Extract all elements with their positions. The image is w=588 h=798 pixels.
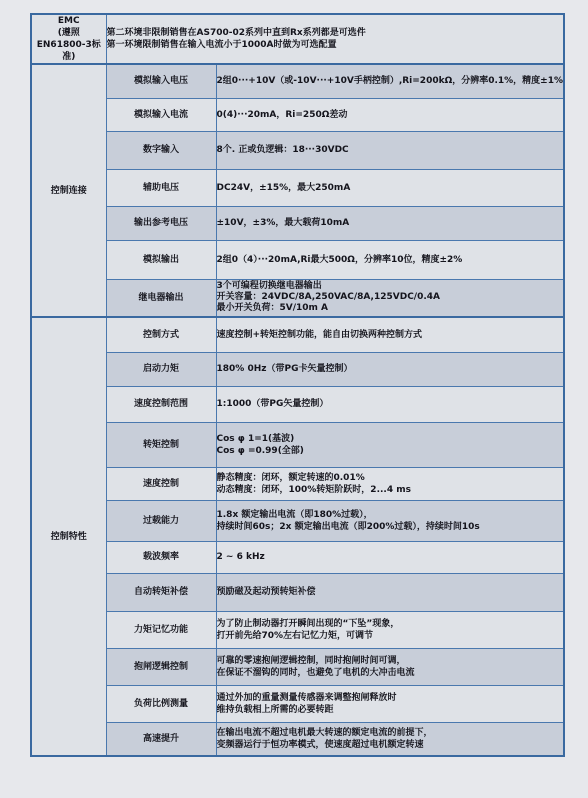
value-cell: 静态精度：闭环，额定转速的0.01% 动态精度：闭环，100%转矩阶跃时，2..… [216, 467, 564, 500]
param-cell: 力矩记忆功能 [106, 611, 216, 648]
value-cell: 1:1000（带PG矢量控制） [216, 386, 564, 422]
spec-row: 自动转矩补偿 预励磁及起动预转矩补偿 [31, 573, 564, 611]
value-cell: Cos φ 1=1(基波) Cos φ =0.99(全部) [216, 422, 564, 467]
param-cell: 高速提升 [106, 722, 216, 756]
category-cell-control-connection: 控制连接 [31, 64, 106, 317]
param-cell: 载波频率 [106, 541, 216, 573]
value-cell: 3个可编程切换继电器输出 开关容量：24VDC/8A,250VAC/8A,125… [216, 279, 564, 317]
value-cell: 通过外加的重量测量传感器来调整抱闸释放时 维持负载相上所需的必要转距 [216, 685, 564, 722]
param-cell: 模拟输出 [106, 240, 216, 279]
param-cell: 继电器输出 [106, 279, 216, 317]
spec-row: 启动力矩 180% 0Hz（带PG卡矢量控制） [31, 352, 564, 386]
spec-sheet-page: EMC (遵照 EN61800-3标准) 第二环境非限制销售在AS700-02系… [0, 0, 588, 798]
spec-row: 模拟输入电流 0(4)···20mA，Ri=250Ω差动 [31, 98, 564, 131]
spec-row: 抱闸逻辑控制 可靠的零速抱闸逻辑控制，同时抱闸时间可调， 在保证不溜钩的同时，也… [31, 648, 564, 685]
param-cell: 速度控制 [106, 467, 216, 500]
param-cell: 模拟输入电压 [106, 64, 216, 98]
spec-row: 数字输入 8个. 正或负逻辑：18···30VDC [31, 131, 564, 169]
value-cell: 为了防止制动器打开瞬间出现的“下坠”现象， 打开前先给70%左右记忆力矩，可调节 [216, 611, 564, 648]
spec-table: EMC (遵照 EN61800-3标准) 第二环境非限制销售在AS700-02系… [30, 13, 565, 757]
param-cell: 速度控制范围 [106, 386, 216, 422]
category-cell-control-characteristics: 控制特性 [31, 317, 106, 756]
spec-row: 控制特性 控制方式 速度控制+转矩控制功能，能自由切换两种控制方式 [31, 317, 564, 352]
spec-row: 高速提升 在输出电流不超过电机最大转速的额定电流的前提下， 变频器运行于恒功率模… [31, 722, 564, 756]
value-cell: 2组0···+10V（或-10V···+10V手柄控制）,Ri=200kΩ，分辨… [216, 64, 564, 98]
param-cell: 负荷比例测量 [106, 685, 216, 722]
spec-row: 力矩记忆功能 为了防止制动器打开瞬间出现的“下坠”现象， 打开前先给70%左右记… [31, 611, 564, 648]
value-cell: 8个. 正或负逻辑：18···30VDC [216, 131, 564, 169]
value-cell: 0(4)···20mA，Ri=250Ω差动 [216, 98, 564, 131]
param-cell: 过载能力 [106, 500, 216, 541]
spec-row: EMC (遵照 EN61800-3标准) 第二环境非限制销售在AS700-02系… [31, 14, 564, 64]
param-cell: 辅助电压 [106, 169, 216, 206]
spec-row: 负荷比例测量 通过外加的重量测量传感器来调整抱闸释放时 维持负载相上所需的必要转… [31, 685, 564, 722]
param-cell: 模拟输入电流 [106, 98, 216, 131]
param-cell: 启动力矩 [106, 352, 216, 386]
value-cell: DC24V，±15%，最大250mA [216, 169, 564, 206]
spec-row: 载波频率 2 ~ 6 kHz [31, 541, 564, 573]
value-cell: 2组0（4）···20mA,Ri最大500Ω，分辨率10位，精度±2% [216, 240, 564, 279]
spec-row: 速度控制 静态精度：闭环，额定转速的0.01% 动态精度：闭环，100%转矩阶跃… [31, 467, 564, 500]
value-cell: 2 ~ 6 kHz [216, 541, 564, 573]
param-cell: 抱闸逻辑控制 [106, 648, 216, 685]
spec-row: 速度控制范围 1:1000（带PG矢量控制） [31, 386, 564, 422]
param-cell: 自动转矩补偿 [106, 573, 216, 611]
category-cell-emc: EMC (遵照 EN61800-3标准) [31, 14, 106, 64]
value-cell: ±10V，±3%，最大载荷10mA [216, 206, 564, 240]
value-cell: 180% 0Hz（带PG卡矢量控制） [216, 352, 564, 386]
spec-row: 转矩控制 Cos φ 1=1(基波) Cos φ =0.99(全部) [31, 422, 564, 467]
param-cell: 数字输入 [106, 131, 216, 169]
spec-row: 模拟输出 2组0（4）···20mA,Ri最大500Ω，分辨率10位，精度±2% [31, 240, 564, 279]
spec-row: 辅助电压 DC24V，±15%，最大250mA [31, 169, 564, 206]
value-cell: 第二环境非限制销售在AS700-02系列中直到Rx系列都是可选件 第一环境限制销… [106, 14, 564, 64]
value-cell: 在输出电流不超过电机最大转速的额定电流的前提下， 变频器运行于恒功率模式，使速度… [216, 722, 564, 756]
param-cell: 转矩控制 [106, 422, 216, 467]
param-cell: 输出参考电压 [106, 206, 216, 240]
spec-row: 输出参考电压 ±10V，±3%，最大载荷10mA [31, 206, 564, 240]
value-cell: 预励磁及起动预转矩补偿 [216, 573, 564, 611]
value-cell: 1.8x 额定输出电流（即180%过载）， 持续时间60s；2x 额定输出电流（… [216, 500, 564, 541]
value-cell: 可靠的零速抱闸逻辑控制，同时抱闸时间可调， 在保证不溜钩的同时，也避免了电机的大… [216, 648, 564, 685]
value-cell: 速度控制+转矩控制功能，能自由切换两种控制方式 [216, 317, 564, 352]
spec-row: 控制连接 模拟输入电压 2组0···+10V（或-10V···+10V手柄控制）… [31, 64, 564, 98]
spec-row: 继电器输出 3个可编程切换继电器输出 开关容量：24VDC/8A,250VAC/… [31, 279, 564, 317]
param-cell: 控制方式 [106, 317, 216, 352]
spec-row: 过载能力 1.8x 额定输出电流（即180%过载）， 持续时间60s；2x 额定… [31, 500, 564, 541]
